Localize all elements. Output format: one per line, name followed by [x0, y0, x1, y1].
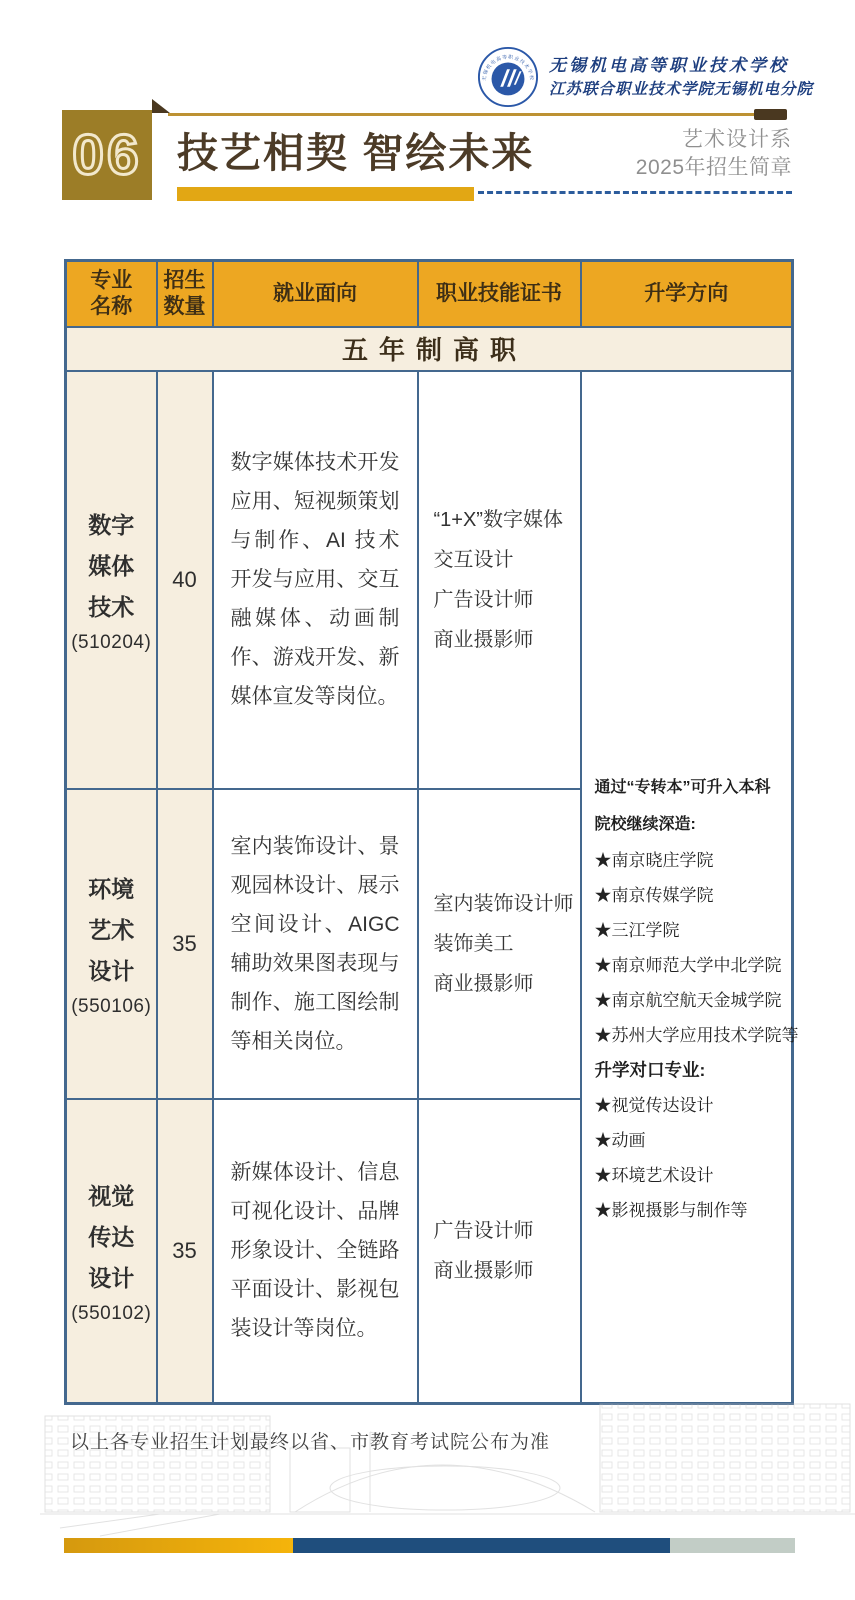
major-name-line: 设计: [67, 1258, 156, 1299]
jobs-text: 室内装饰设计、景观园林设计、展示空间设计、AIGC 辅助效果图表现与制作、施工图…: [231, 827, 400, 1061]
jobs-cell: 室内装饰设计、景观园林设计、展示空间设计、AIGC 辅助效果图表现与制作、施工图…: [213, 789, 418, 1099]
header-rule-endcap: [754, 109, 787, 120]
majors-table: 专业名称 招生数量 就业面向 职业技能证书 升学方向 五年制高职 数字 媒体 技…: [64, 259, 794, 1405]
school-name-line2: 江苏联合职业技术学院无锡机电分院: [549, 78, 813, 100]
major-code: (550102): [67, 1303, 156, 1325]
major-name-line: 设计: [67, 951, 156, 992]
bottom-bar-blue: [293, 1538, 670, 1553]
cert-line: 商业摄影师: [434, 964, 574, 1004]
further-major-item: ★动画: [595, 1123, 784, 1158]
major-name-line: 媒体: [67, 546, 156, 587]
brochure-subtitle: 2025年招生简章: [636, 154, 792, 182]
major-name-line: 技术: [67, 587, 156, 628]
header-rule-line: [168, 113, 786, 116]
cert-line: 广告设计师: [434, 580, 574, 620]
major-name-cell: 数字 媒体 技术 (510204): [66, 371, 157, 789]
bottom-bar-sage: [670, 1538, 795, 1553]
col-header-major: 专业名称: [66, 261, 157, 327]
further-intro: 通过“专转本”可升入本科院校继续深造:: [595, 769, 784, 843]
major-name-line: 环境: [67, 869, 156, 910]
title-underline-bar: [177, 187, 474, 201]
school-name-line1: 无锡机电高等职业技术学校: [549, 54, 813, 78]
footer-note: 以上各专业招生计划最终以省、市教育考试院公布为准: [70, 1427, 550, 1454]
college-item: ★南京航空航天金城学院: [595, 983, 784, 1018]
program-type-band: 五年制高职: [66, 327, 793, 371]
school-logo-block: 无锡机电高等职业技术学校 无锡机电高等职业技术学校 江苏联合职业技术学院无锡机电…: [477, 46, 813, 108]
further-major-item: ★影视摄影与制作等: [595, 1193, 784, 1228]
program-type-label: 五年制高职: [66, 327, 793, 371]
school-logo-icon: 无锡机电高等职业技术学校: [477, 46, 539, 108]
quota-cell: 40: [157, 371, 213, 789]
dashed-divider: [478, 191, 792, 194]
certs-cell: 广告设计师 商业摄影师: [418, 1099, 581, 1404]
page-title: 技艺相契 智绘未来: [177, 120, 534, 179]
jobs-text: 新媒体设计、信息可视化设计、品牌形象设计、全链路平面设计、影视包装设计等岗位。: [231, 1153, 400, 1348]
certs-cell: 室内装饰设计师 装饰美工 商业摄影师: [418, 789, 581, 1099]
col-header-further: 升学方向: [581, 261, 793, 327]
quota-cell: 35: [157, 789, 213, 1099]
brochure-page: 无锡机电高等职业技术学校 无锡机电高等职业技术学校 江苏联合职业技术学院无锡机电…: [0, 0, 855, 1600]
further-major-item: ★视觉传达设计: [595, 1088, 784, 1123]
major-name-cell: 环境 艺术 设计 (550106): [66, 789, 157, 1099]
college-item: ★南京师范大学中北学院: [595, 948, 784, 983]
major-name-line: 数字: [67, 505, 156, 546]
col-header-jobs: 就业面向: [213, 261, 418, 327]
further-majors-title: 升学对口专业:: [595, 1053, 784, 1088]
campus-sketch: [40, 1388, 855, 1546]
major-code: (550106): [67, 996, 156, 1018]
cert-line: 广告设计师: [434, 1211, 574, 1251]
majors-table-wrap: 专业名称 招生数量 就业面向 职业技能证书 升学方向 五年制高职 数字 媒体 技…: [64, 259, 794, 1405]
cert-line: 装饰美工: [434, 924, 574, 964]
college-item: ★苏州大学应用技术学院等: [595, 1018, 784, 1053]
cert-line: 商业摄影师: [434, 1251, 574, 1291]
jobs-cell: 新媒体设计、信息可视化设计、品牌形象设计、全链路平面设计、影视包装设计等岗位。: [213, 1099, 418, 1404]
jobs-cell: 数字媒体技术开发应用、短视频策划与制作、AI 技术开发与应用、交互融媒体、动画制…: [213, 371, 418, 789]
col-header-certs: 职业技能证书: [418, 261, 581, 327]
bottom-bar-gold: [64, 1538, 293, 1553]
dept-block: 艺术设计系 2025年招生简章: [636, 126, 792, 182]
major-code: (510204): [67, 632, 156, 654]
cert-line: 室内装饰设计师: [434, 884, 574, 924]
fold-corner: [152, 99, 170, 113]
section-number-box: 06: [62, 110, 152, 200]
jobs-text: 数字媒体技术开发应用、短视频策划与制作、AI 技术开发与应用、交互融媒体、动画制…: [231, 443, 400, 716]
col-header-quota: 招生数量: [157, 261, 213, 327]
major-name-cell: 视觉 传达 设计 (550102): [66, 1099, 157, 1404]
cert-line: “1+X”数字媒体交互设计: [434, 500, 574, 580]
college-item: ★三江学院: [595, 913, 784, 948]
dept-name: 艺术设计系: [636, 126, 792, 154]
major-name-line: 艺术: [67, 910, 156, 951]
major-name-line: 视觉: [67, 1176, 156, 1217]
college-item: ★南京传媒学院: [595, 878, 784, 913]
quota-cell: 35: [157, 1099, 213, 1404]
school-names: 无锡机电高等职业技术学校 江苏联合职业技术学院无锡机电分院: [549, 54, 813, 100]
section-number: 06: [72, 122, 141, 188]
table-row: 数字 媒体 技术 (510204) 40 数字媒体技术开发应用、短视频策划与制作…: [66, 371, 793, 789]
certs-cell: “1+X”数字媒体交互设计 广告设计师 商业摄影师: [418, 371, 581, 789]
college-item: ★南京晓庄学院: [595, 843, 784, 878]
further-major-item: ★环境艺术设计: [595, 1158, 784, 1193]
table-header-row: 专业名称 招生数量 就业面向 职业技能证书 升学方向: [66, 261, 793, 327]
major-name-line: 传达: [67, 1217, 156, 1258]
further-study-cell: 通过“专转本”可升入本科院校继续深造: ★南京晓庄学院 ★南京传媒学院 ★三江学…: [581, 371, 793, 1404]
cert-line: 商业摄影师: [434, 620, 574, 660]
